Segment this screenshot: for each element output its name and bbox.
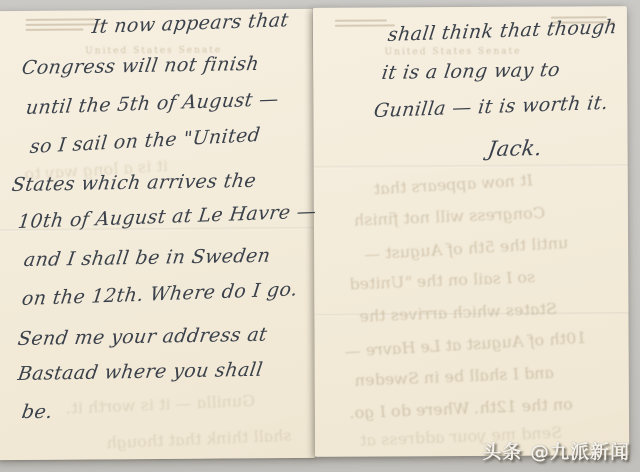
ghost-writing: until the 5th of August —	[363, 233, 569, 264]
handwriting-line: Send me your address at	[16, 324, 268, 350]
ghost-writing: shall think that though	[105, 426, 292, 453]
ghost-writing: on the 12th. Where do I go.	[349, 395, 574, 423]
handwriting-line: Bastaad where you shall	[16, 359, 264, 385]
letterhead-ghost: United States Senate	[368, 47, 538, 58]
ghost-writing: Congress will not finish	[353, 203, 546, 230]
ghost-writing: 10th of August at Le Havre —	[344, 328, 587, 361]
ghost-writing: so I sail on the "United	[348, 267, 536, 294]
printed-notice-line	[335, 24, 395, 26]
handwriting-line: Congress will not finish	[20, 53, 260, 79]
ghost-writing: and I shall be in Sweden	[354, 363, 555, 390]
signature: Jack.	[486, 136, 543, 161]
handwriting-line: States which arrives the	[10, 170, 257, 196]
printed-notice-line	[26, 28, 84, 30]
news-watermark: 头条 @九派新闻	[482, 437, 630, 464]
handwriting-line: be.	[20, 401, 54, 423]
printed-notice	[335, 19, 395, 29]
fold-crease	[314, 312, 628, 317]
letter-photo: United States Senate it is a long way to…	[0, 0, 640, 472]
handwriting-line: it is a long way to	[380, 59, 561, 84]
fold-crease	[314, 164, 628, 169]
ghost-writing: It now appears that	[373, 170, 534, 198]
printed-notice-line	[25, 18, 95, 20]
ghost-writing: Gunilla — it is worth it.	[65, 391, 256, 418]
printed-notice-line	[335, 19, 387, 21]
handwriting-line: and I shall be in Sweden	[22, 245, 271, 271]
ghost-writing: States which arrives the	[358, 299, 558, 326]
